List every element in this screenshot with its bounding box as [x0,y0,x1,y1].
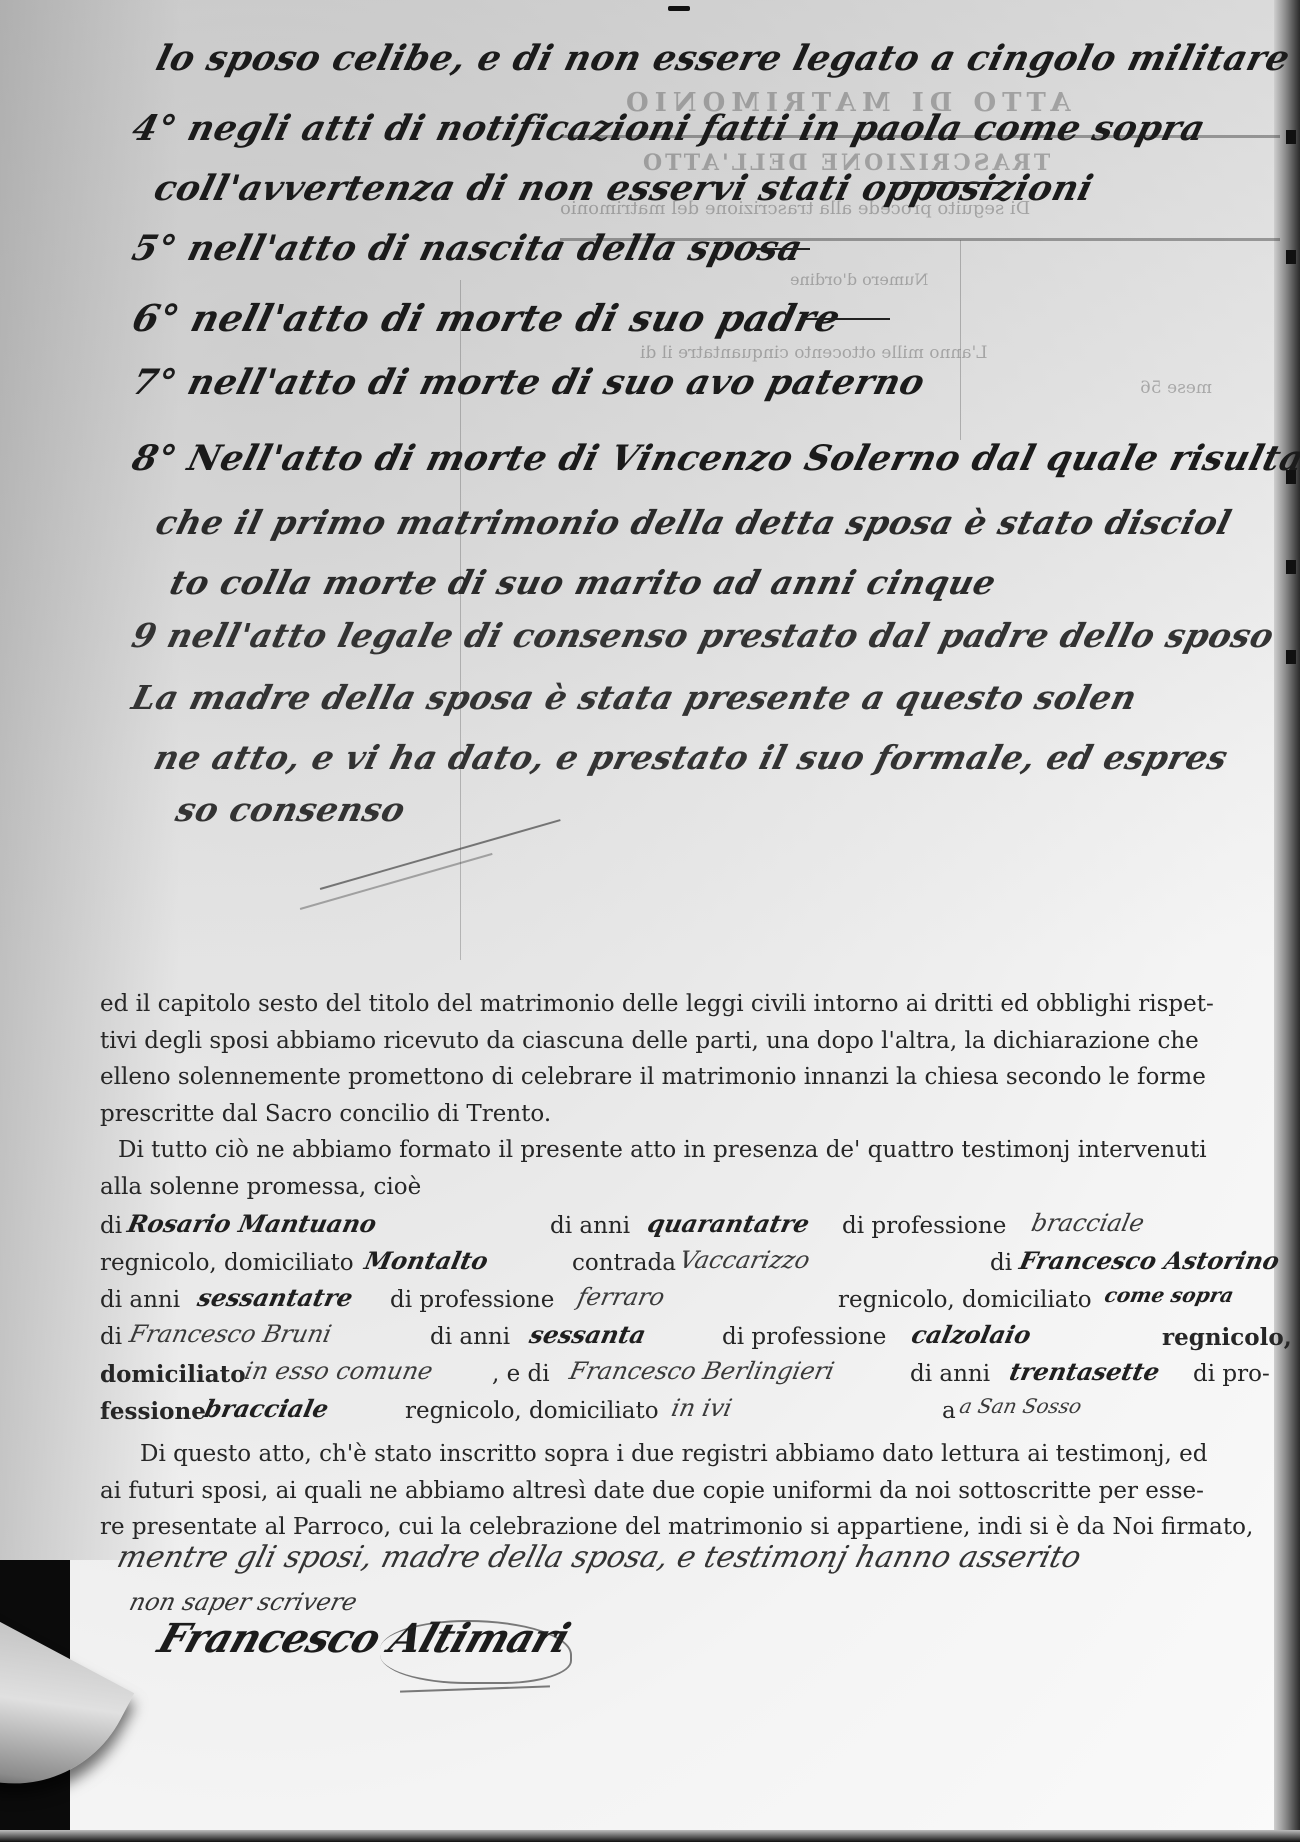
printed-line: elleno solennemente promettono di celebr… [100,1059,1280,1096]
handwritten-line: 9 nell'atto legale di consenso prestato … [128,616,1278,655]
document-page: ATTO DI MATRIMONIO TRASCRIZIONE DELL'ATT… [0,0,1300,1842]
printed-line: Di tutto ciò ne abbiamo formato il prese… [100,1132,1280,1169]
label: di professione [842,1213,1006,1239]
label: di professione [390,1287,554,1313]
bleed-through-line: L'anno mille ottocento cinquantatre il d… [640,343,987,363]
printed-line: Di questo atto, ch'è stato inscritto sop… [100,1436,1280,1473]
label: di professione [722,1324,886,1350]
label: contrada [572,1250,676,1276]
handwritten-line: coll'avvertenza di non esservi stati opp… [150,168,1098,209]
witness-3-residence: in esso comune [242,1357,435,1385]
handwritten-closing-line: non saper scrivere [127,1588,361,1616]
handwritten-line: lo sposo celibe, e di non essere legato … [152,38,1294,79]
handwritten-line: 5° nell'atto di nascita della sposa [128,228,807,269]
label: a [942,1398,956,1424]
witness-2-profession: ferraro [575,1283,667,1311]
label: regnicolo, [1162,1324,1292,1351]
top-dash-mark [668,6,690,11]
witness-1-residence: Montalto [362,1246,491,1275]
witness-2-age: sessantatre [195,1283,356,1312]
handwritten-flourish [890,182,1000,184]
witness-4-residence: in ivi [669,1394,735,1422]
witness-1-profession: bracciale [1029,1209,1147,1237]
witness-1-age: quarantatre [645,1209,812,1238]
witness-4-name: Francesco Berlingieri [567,1357,837,1385]
label: fessione [100,1398,206,1425]
witness-4-age: trentasette [1007,1357,1162,1386]
witness-2-residence: come sopra [1102,1283,1236,1307]
handwritten-line: 8° Nell'atto di morte di Vincenzo Solern… [128,438,1300,479]
witness-row-1: di Rosario Mantuano di anni quarantatre … [100,1213,1280,1247]
label: regnicolo, domiciliato [838,1287,1092,1313]
witness-row-2: regnicolo, domiciliato Montalto contrada… [100,1250,1280,1284]
witness-row-4: di Francesco Bruni di anni sessanta di p… [100,1324,1280,1358]
handwritten-closing-line: mentre gli sposi, madre della sposa, e t… [114,1540,1085,1575]
bleed-through-column [960,240,961,440]
label: di anni [910,1361,990,1387]
bleed-through-line: Numero d'ordine [790,270,928,289]
witness-1-name: Rosario Mantuano [125,1209,379,1238]
printed-paragraph-3: Di questo atto, ch'è stato inscritto sop… [100,1436,1280,1546]
handwritten-flourish [800,318,890,320]
label: regnicolo, domiciliato [405,1398,659,1424]
handwritten-flourish [750,248,810,250]
label: di pro- [1193,1361,1270,1387]
handwritten-line: 7° nell'atto di morte di suo avo paterno [128,362,929,403]
witness-3-profession: calzolaio [909,1320,1034,1349]
handwritten-line: so consenso [172,790,410,829]
handwritten-line: La madre della sposa è stata presente a … [128,678,1141,717]
label: regnicolo, domiciliato [100,1250,354,1276]
witness-row-3: di anni sessantatre di professione ferra… [100,1287,1280,1321]
label: , e di [492,1361,550,1387]
printed-line: prescritte dal Sacro concilio di Trento. [100,1096,1280,1133]
bottom-edge [0,1830,1300,1842]
label: domiciliato [100,1361,246,1388]
witness-3-age: sessanta [527,1320,649,1349]
witness-row-6: fessione bracciale regnicolo, domiciliat… [100,1398,1280,1432]
label: di [100,1324,122,1350]
printed-line: ai futuri sposi, ai quali ne abbiamo alt… [100,1473,1280,1510]
handwritten-line: to colla morte di suo marito ad anni cin… [166,563,1000,602]
handwritten-line: che il primo matrimonio della detta spos… [152,503,1236,542]
witness-4-place: a San Sosso [957,1394,1084,1418]
handwritten-line: 6° nell'atto di morte di suo padre [128,296,845,340]
printed-line: tivi degli sposi abbiamo ricevuto da cia… [100,1023,1280,1060]
handwritten-line: ne atto, e vi ha dato, e prestato il suo… [150,738,1232,777]
binding-edge [1274,0,1300,1842]
printed-paragraph-1: ed il capitolo sesto del titolo del matr… [100,986,1280,1205]
witness-3-name: Francesco Bruni [127,1320,334,1348]
handwritten-line: 4° negli atti di notificazioni fatti in … [128,108,1210,149]
label: di anni [100,1287,180,1313]
witness-4-profession: bracciale [202,1394,331,1423]
printed-line: alla solenne promessa, cioè [100,1169,1280,1206]
label: di anni [550,1213,630,1239]
label: di [100,1213,122,1239]
printed-line: ed il capitolo sesto del titolo del matr… [100,986,1280,1023]
witness-1-street: Vaccarizzo [677,1246,812,1274]
witness-row-5: domiciliato in esso comune , e di France… [100,1361,1280,1395]
signature-underline [400,1685,550,1692]
bleed-through-line: mese 56 [1140,378,1212,398]
label: di [990,1250,1012,1276]
label: di anni [430,1324,510,1350]
witness-2-name: Francesco Astorino [1017,1246,1282,1275]
